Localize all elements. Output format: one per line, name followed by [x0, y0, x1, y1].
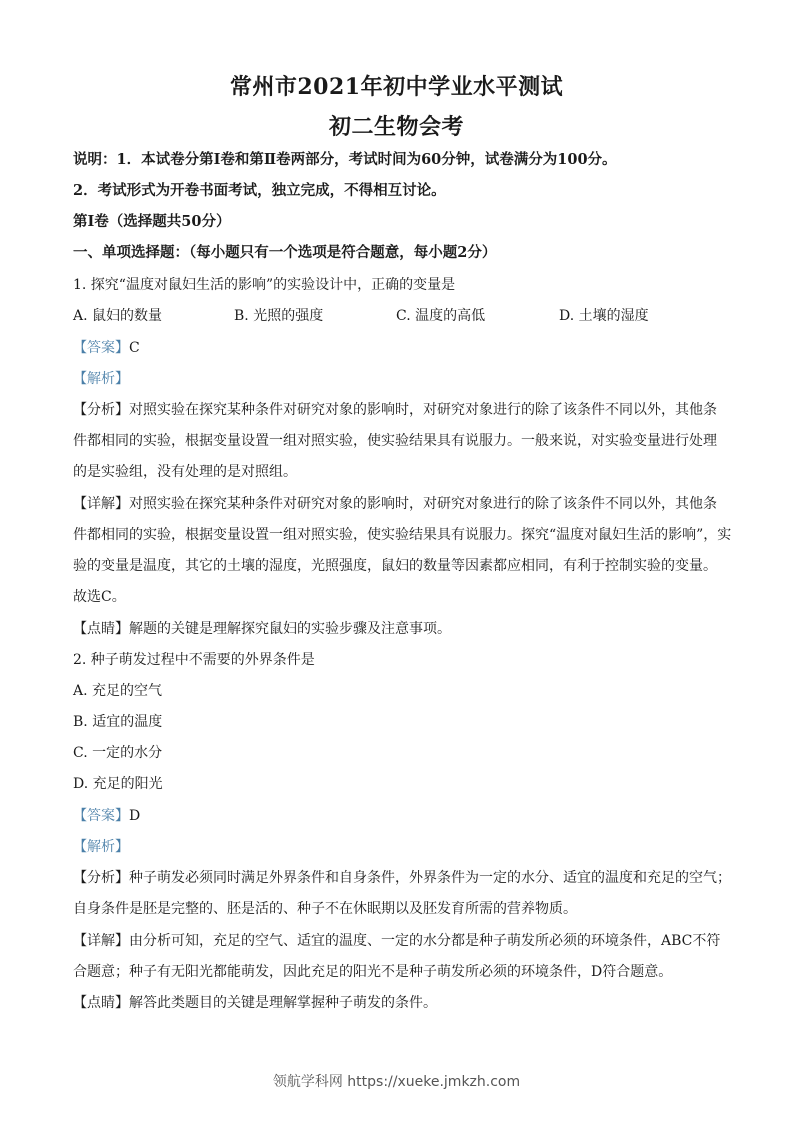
- q2-option-b: B. 适宜的温度: [73, 713, 733, 731]
- q2-fenxi-1: 【分析】种子萌发必须同时满足外界条件和自身条件，外界条件为一定的水分、适宜的温度…: [73, 869, 733, 887]
- q1-answer: 【答案】C: [73, 339, 733, 357]
- q1-option-d: D. 土壤的湿度: [559, 307, 649, 325]
- q1-stem: 1. 探究“温度对鼠妇生活的影响”的实验设计中，正确的变量是: [73, 276, 733, 294]
- q1-fenxi-1: 【分析】对照实验在探究某种条件对研究对象的影响时，对研究对象进行的除了该条件不同…: [73, 401, 733, 419]
- section-subtitle: 一、单项选择题：（每小题只有一个选项是符合题意，每小题2分）: [73, 244, 733, 262]
- q2-answer-value: D: [129, 808, 140, 824]
- q1-dianjing: 【点睛】解题的关键是理解探究鼠妇的实验步骤及注意事项。: [73, 620, 733, 638]
- q1-option-b: B. 光照的强度: [234, 307, 323, 325]
- q2-dianjing: 【点睛】解答此类题目的关键是理解掌握种子萌发的条件。: [73, 994, 733, 1012]
- q1-xiangjie-2: 件都相同的实验，根据变量设置一组对照实验，使实验结果具有说服力。探究“温度对鼠妇…: [73, 526, 733, 544]
- q2-analysis-label: 【解析】: [73, 838, 733, 856]
- q2-xiangjie-1: 【详解】由分析可知，充足的空气、适宜的温度、一定的水分都是种子萌发所必须的环境条…: [73, 932, 733, 950]
- q1-xiangjie-3: 验的变量是温度，其它的土壤的湿度，光照强度，鼠妇的数量等因素都应相同，有利于控制…: [73, 557, 733, 575]
- q1-xiangjie-4: 故选C。: [73, 588, 733, 606]
- instruction-2: 2．考试形式为开卷书面考试，独立完成，不得相互讨论。: [73, 182, 733, 200]
- q1-option-c: C. 温度的高低: [396, 307, 485, 325]
- page-subtitle: 初二生物会考: [0, 110, 793, 141]
- q1-option-a: A. 鼠妇的数量: [73, 307, 162, 325]
- instruction-1: 说明：1．本试卷分第Ⅰ卷和第Ⅱ卷两部分，考试时间为60分钟，试卷满分为100分。: [73, 151, 733, 169]
- page-title: 常州市2021年初中学业水平测试: [0, 70, 793, 101]
- document-page: 常州市2021年初中学业水平测试 初二生物会考 说明：1．本试卷分第Ⅰ卷和第Ⅱ卷…: [0, 0, 793, 1122]
- footer-watermark: 领航学科网 https://xueke.jmkzh.com: [0, 1071, 793, 1091]
- q2-xiangjie-2: 合题意；种子有无阳光都能萌发，因此充足的阳光不是种子萌发所必须的环境条件，D符合…: [73, 963, 733, 981]
- q2-stem: 2. 种子萌发过程中不需要的外界条件是: [73, 651, 733, 669]
- q2-answer: 【答案】D: [73, 807, 733, 825]
- q1-fenxi-3: 的是实验组，没有处理的是对照组。: [73, 463, 733, 481]
- q1-answer-value: C: [129, 340, 140, 356]
- q2-option-d: D. 充足的阳光: [73, 775, 733, 793]
- q2-option-a: A. 充足的空气: [73, 682, 733, 700]
- q1-analysis-label: 【解析】: [73, 370, 733, 388]
- q1-fenxi-2: 件都相同的实验，根据变量设置一组对照实验，使实验结果具有说服力。一般来说，对实验…: [73, 432, 733, 450]
- q2-fenxi-2: 自身条件是胚是完整的、胚是活的、种子不在休眠期以及胚发育所需的营养物质。: [73, 900, 733, 918]
- section-title: 第Ⅰ卷（选择题共50分）: [73, 213, 733, 231]
- q2-option-c: C. 一定的水分: [73, 744, 733, 762]
- answer-label: 【答案】: [73, 340, 129, 356]
- answer-label: 【答案】: [73, 808, 129, 824]
- q1-xiangjie-1: 【详解】对照实验在探究某种条件对研究对象的影响时，对研究对象进行的除了该条件不同…: [73, 495, 733, 513]
